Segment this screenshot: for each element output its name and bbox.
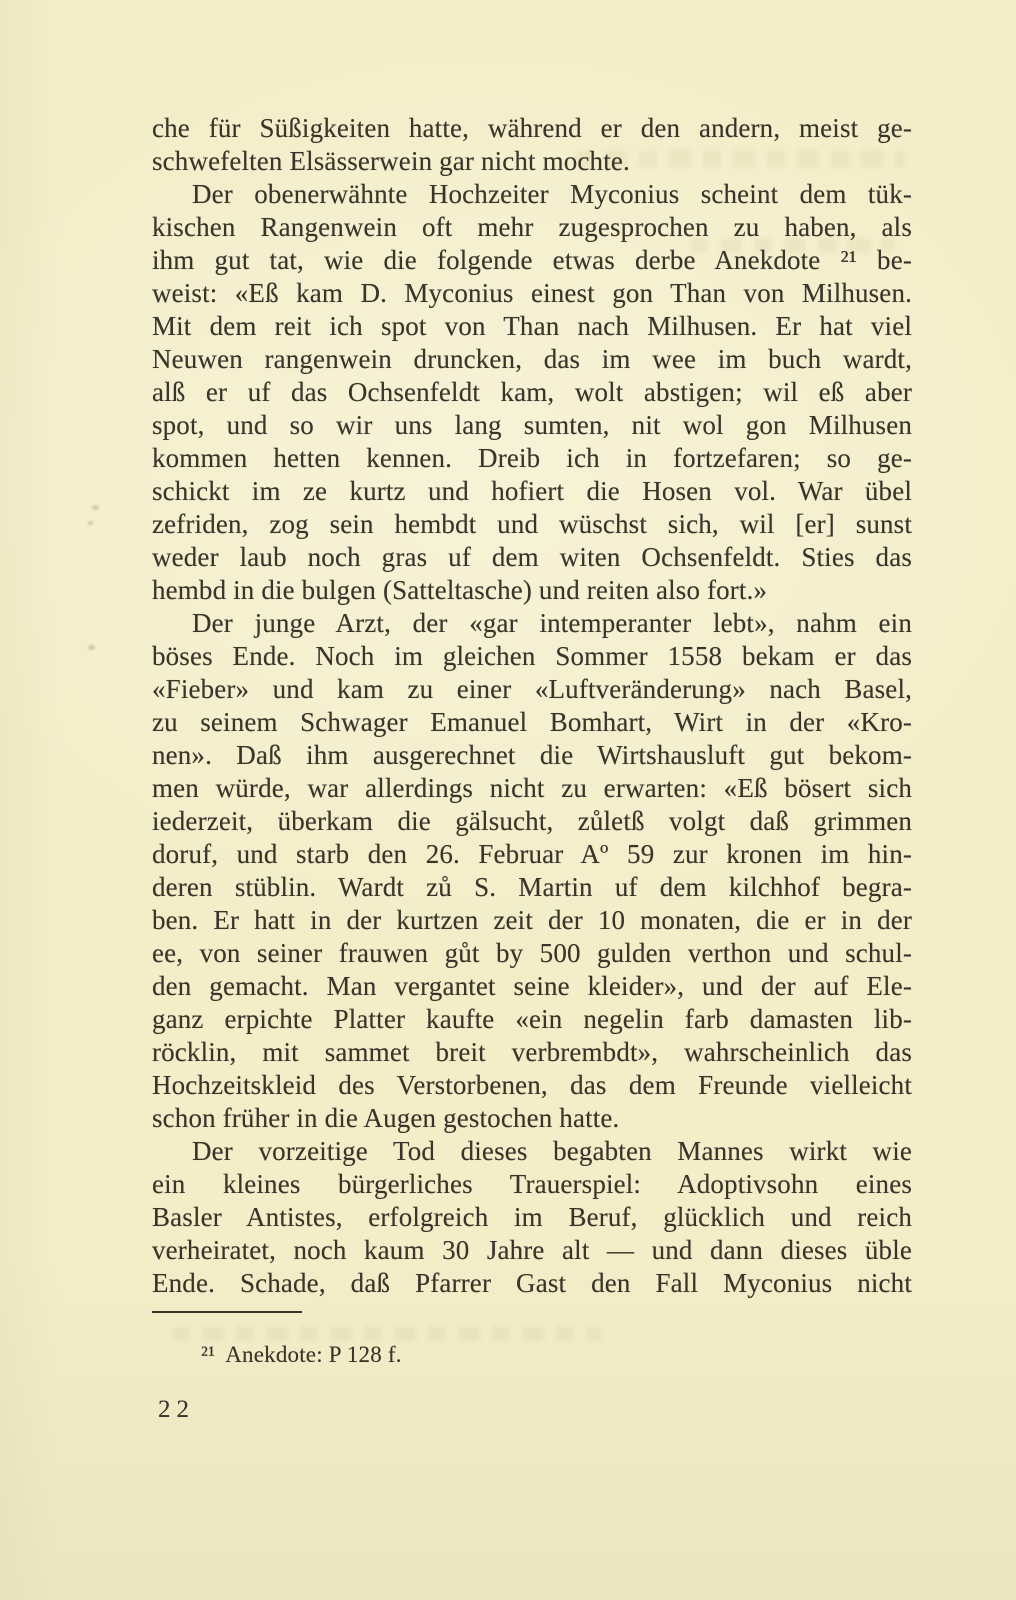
text-line: Mit dem reit ich spot von Than nach Milh… bbox=[152, 310, 912, 343]
footnote: ²¹Anekdote: P 128 f. bbox=[201, 1342, 402, 1368]
ink-speck bbox=[88, 645, 95, 650]
text-line: ganz erpichte Platter kaufte «ein negeli… bbox=[152, 1003, 912, 1036]
text-line: Neuwen rangenwein druncken, das im wee i… bbox=[152, 343, 912, 376]
text-line: weder laub noch gras uf dem witen Ochsen… bbox=[152, 541, 912, 574]
text-line: nen». Daß ihm ausgerechnet die Wirtshaus… bbox=[152, 739, 912, 772]
footnote-text: Anekdote: P 128 f. bbox=[225, 1342, 402, 1367]
text-line: men würde, war allerdings nicht zu erwar… bbox=[152, 772, 912, 805]
text-line: kischen Rangenwein oft mehr zugesprochen… bbox=[152, 211, 912, 244]
text-line: röcklin, mit sammet breit verbrembdt», w… bbox=[152, 1036, 912, 1069]
text-line: «Fieber» und kam zu einer «Luftveränderu… bbox=[152, 673, 912, 706]
text-line: Der vorzeitige Tod dieses begabten Manne… bbox=[152, 1135, 912, 1168]
text-line: Der obenerwähnte Hochzeiter Myconius sch… bbox=[152, 178, 912, 211]
text-line: Hochzeitskleid des Verstorbenen, das dem… bbox=[152, 1069, 912, 1102]
text-line: alß er uf das Ochsenfeldt kam, wolt abst… bbox=[152, 376, 912, 409]
text-line: zefriden, zog sein hembdt und wüschst si… bbox=[152, 508, 912, 541]
text-line: schickt im ze kurtz und hofiert die Hose… bbox=[152, 475, 912, 508]
page-number: 22 bbox=[158, 1396, 195, 1424]
text-line: ihm gut tat, wie die folgende etwas derb… bbox=[152, 244, 912, 277]
text-line: ben. Er hatt in der kurtzen zeit der 10 … bbox=[152, 904, 912, 937]
text-line: Basler Antistes, erfolgreich im Beruf, g… bbox=[152, 1201, 912, 1234]
text-line: schon früher in die Augen gestochen hatt… bbox=[152, 1102, 912, 1135]
text-line: hembd in die bulgen (Satteltasche) und r… bbox=[152, 574, 912, 607]
text-line: den gemacht. Man vergantet seine kleider… bbox=[152, 970, 912, 1003]
text-line: iederzeit, überkam die gälsucht, zůletß … bbox=[152, 805, 912, 838]
text-line: zu seinem Schwager Emanuel Bomhart, Wirt… bbox=[152, 706, 912, 739]
text-block: che für Süßigkeiten hatte, während er de… bbox=[152, 112, 912, 1300]
text-line: kommen hetten kennen. Dreib ich in fortz… bbox=[152, 442, 912, 475]
text-line: ein kleines bürgerliches Trauerspiel: Ad… bbox=[152, 1168, 912, 1201]
text-line: böses Ende. Noch im gleichen Sommer 1558… bbox=[152, 640, 912, 673]
text-line: ee, von seiner frauwen gůt by 500 gulden… bbox=[152, 937, 912, 970]
text-line: schwefelten Elsässerwein gar nicht mocht… bbox=[152, 145, 912, 178]
ink-speck bbox=[88, 521, 93, 525]
text-line: spot, und so wir uns lang sumten, nit wo… bbox=[152, 409, 912, 442]
text-line: weist: «Eß kam D. Myconius einest gon Th… bbox=[152, 277, 912, 310]
text-line: che für Süßigkeiten hatte, während er de… bbox=[152, 112, 912, 145]
text-line: doruf, und starb den 26. Februar Aº 59 z… bbox=[152, 838, 912, 871]
footnote-rule bbox=[152, 1311, 302, 1313]
ink-speck bbox=[92, 505, 99, 510]
book-page: { "colors": { "paper": "#f3edc8", "ink":… bbox=[0, 0, 1016, 1600]
text-line: deren stüblin. Wardt zů S. Martin uf dem… bbox=[152, 871, 912, 904]
text-line: verheiratet, noch kaum 30 Jahre alt — un… bbox=[152, 1234, 912, 1267]
show-through-smudge bbox=[172, 1326, 602, 1341]
text-line: Der junge Arzt, der «gar intemperanter l… bbox=[152, 607, 912, 640]
footnote-marker: ²¹ bbox=[201, 1342, 215, 1367]
text-line: Ende. Schade, daß Pfarrer Gast den Fall … bbox=[152, 1267, 912, 1300]
